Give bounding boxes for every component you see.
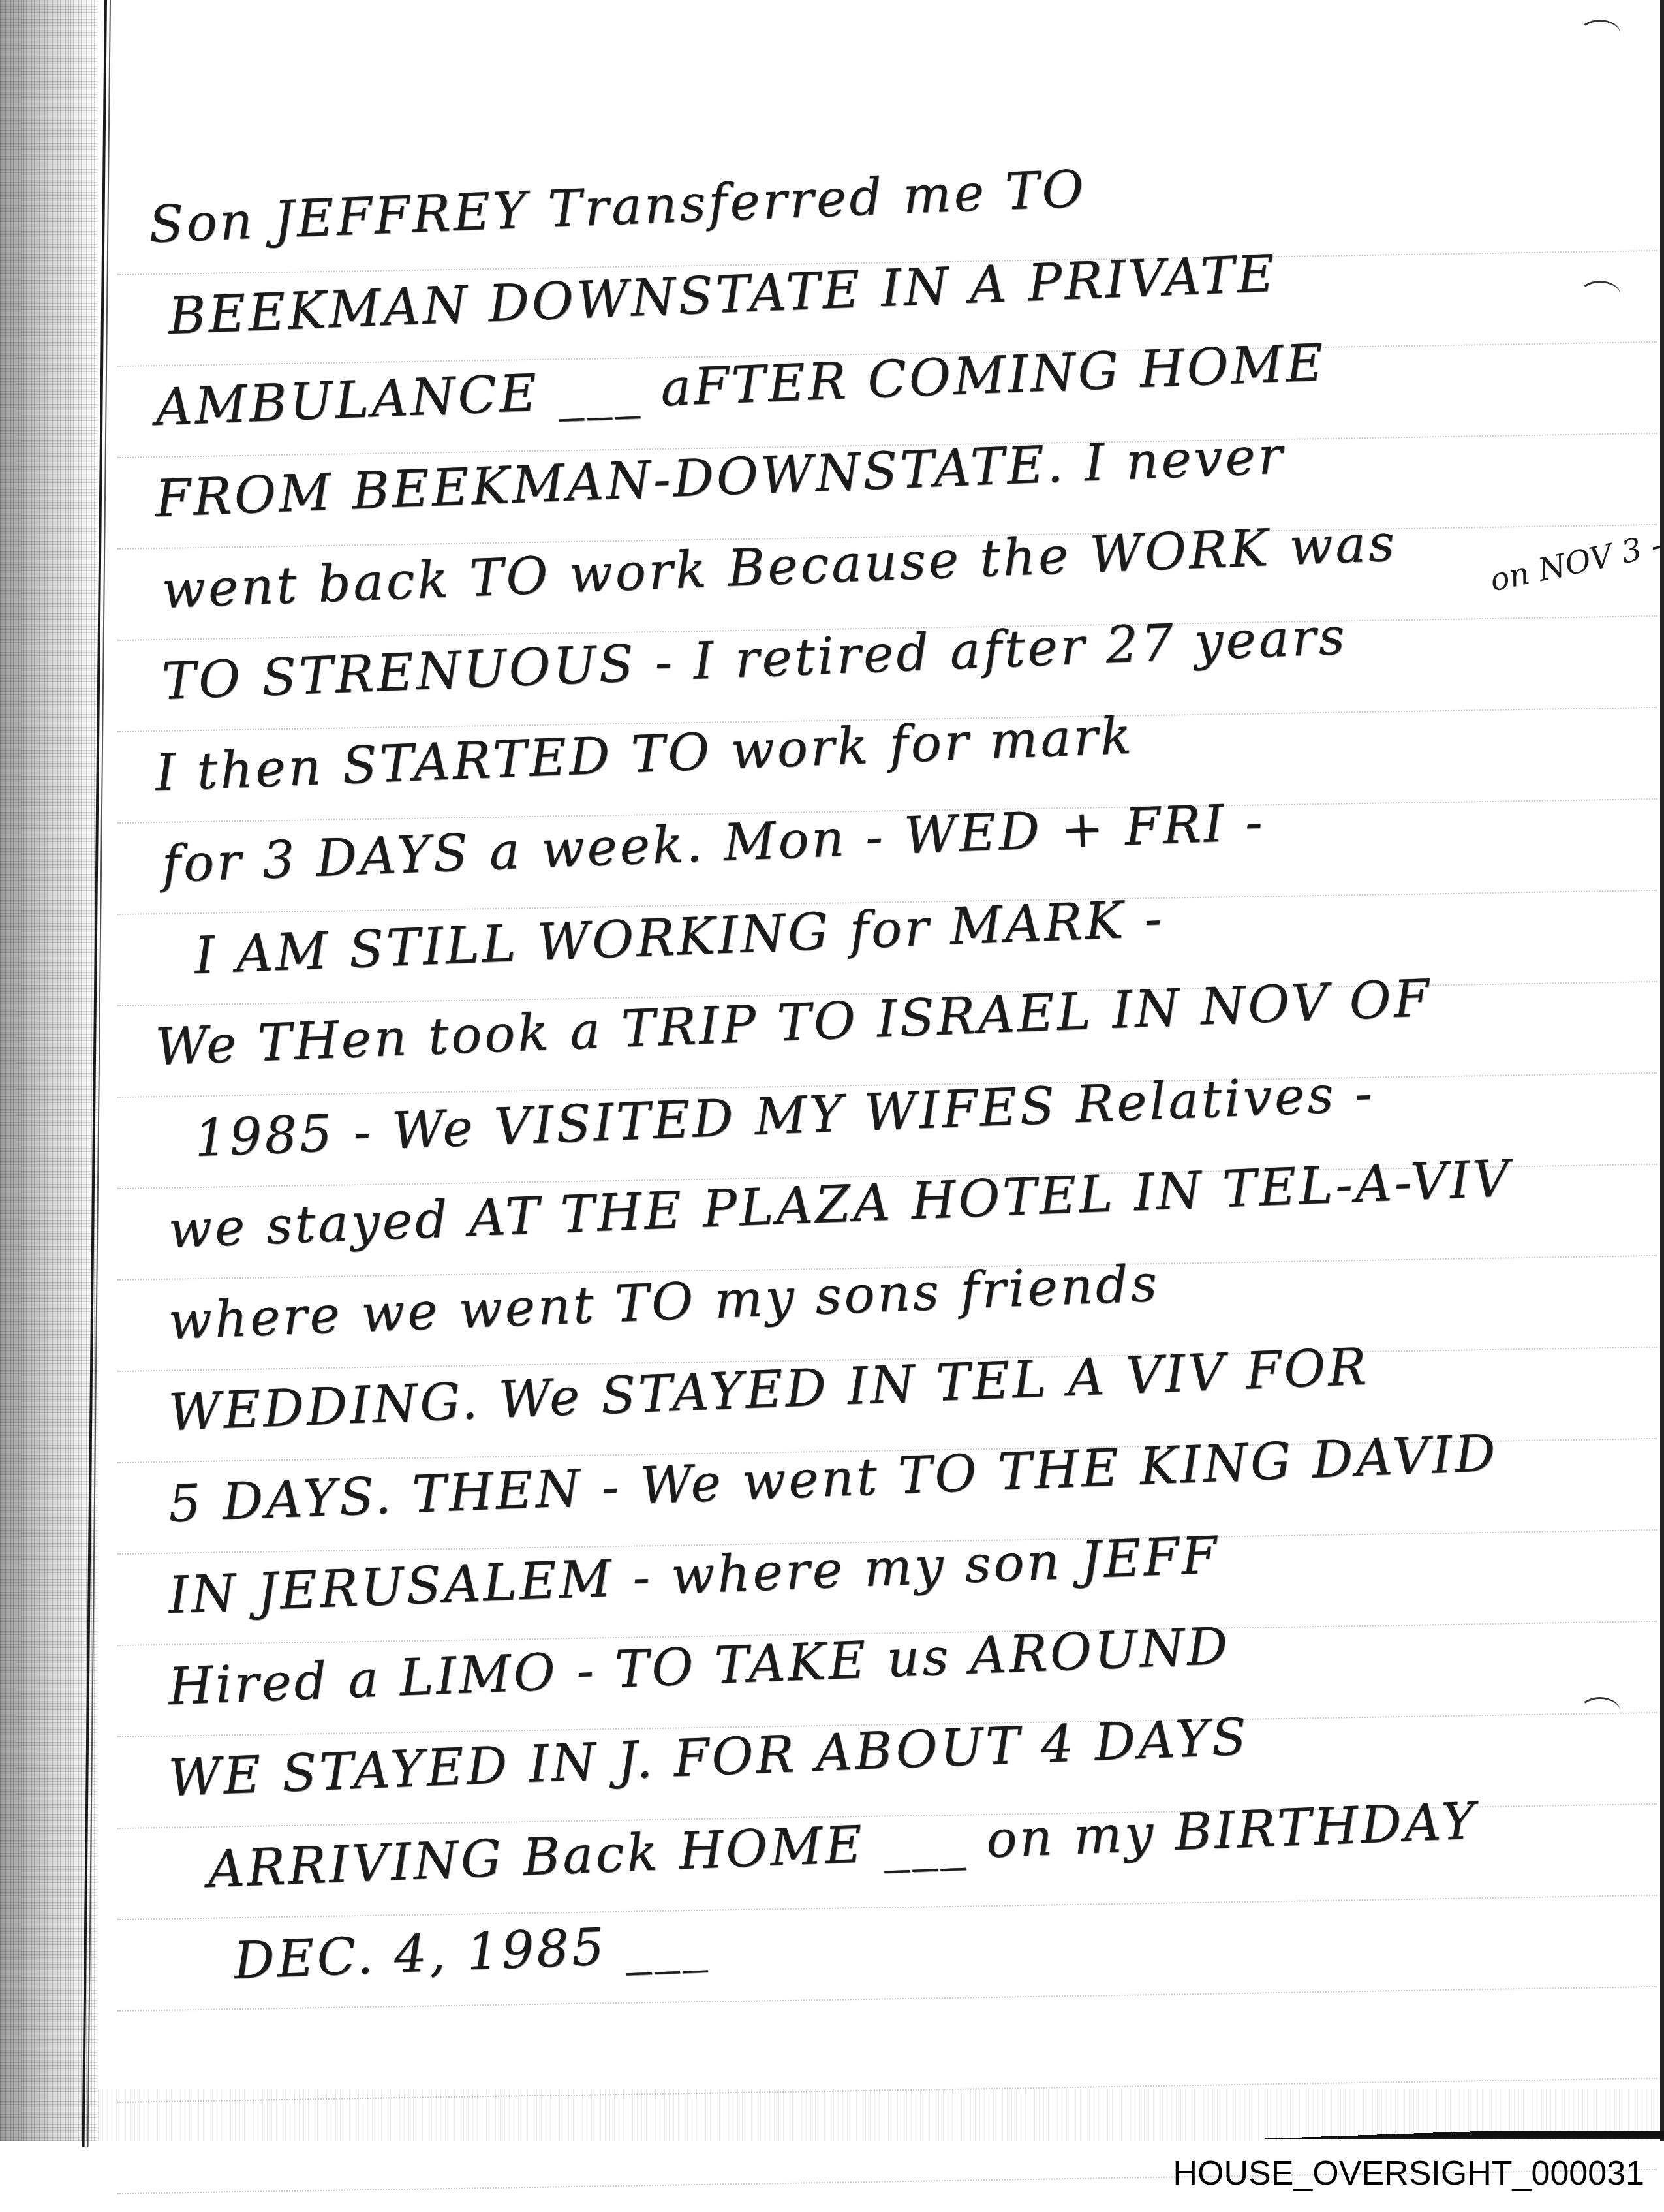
scan-mark — [1579, 281, 1620, 309]
handwritten-line: WE STAYED IN J. FOR ABOUT 4 DAYS — [168, 1707, 1250, 1808]
bates-number: HOUSE_OVERSIGHT_000031 — [1173, 2154, 1644, 2193]
handwritten-line: DEC. 4, 1985 ___ — [233, 1914, 711, 1991]
handwritten-line: ARRIVING Back HOME ___ on my BIRTHDAY — [207, 1792, 1479, 1899]
handwritten-line: AMBULANCE ___ aFTER COMING HOME — [155, 334, 1327, 437]
handwritten-line: Hired a LIMO - TO TAKE us AROUND — [168, 1617, 1232, 1717]
handwritten-line: 1985 - We VISITED MY WIFES Relatives - — [194, 1065, 1376, 1168]
handwritten-line: BEEKMAN DOWNSTATE IN A PRIVATE — [168, 245, 1278, 346]
handwritten-line: we stayed AT THE PLAZA HOTEL IN TEL-A-VI… — [168, 1149, 1513, 1260]
margin-annotation-retirement-date: on NOV 3 - 1983 — [1487, 508, 1664, 599]
handwritten-line: We THen took a TRIP TO ISRAEL IN NOV OF — [155, 969, 1433, 1077]
handwritten-line: FROM BEEKMAN-DOWNSTATE. I never — [155, 427, 1286, 529]
handwritten-line: I AM STILL WORKING for MARK - — [194, 890, 1165, 986]
handwritten-line: 5 DAYS. THEN - We went TO THE KING DAVID — [168, 1424, 1500, 1534]
scan-mark — [1579, 1697, 1620, 1725]
handwritten-line: TO STRENUOUS - I retired after 27 years — [161, 607, 1349, 711]
handwritten-line: IN JERUSALEM - where my son JEFF — [168, 1526, 1221, 1625]
scan-noise-left-margin — [0, 0, 98, 2141]
handwritten-line: I then STARTED TO work for mark — [155, 706, 1135, 803]
page-right-edge — [1660, 0, 1664, 2141]
ruled-line — [117, 1895, 1657, 1920]
handwritten-line: went back TO work Because the WORK was — [161, 514, 1398, 620]
handwritten-line: for 3 DAYS a week. Mon - WED + FRI - — [161, 793, 1267, 894]
handwritten-line: WEDDING. We STAYED IN TEL A VIV FOR — [168, 1337, 1370, 1442]
page-bottom-edge — [1207, 2131, 1664, 2139]
handwritten-line: where we went TO my sons friends — [168, 1254, 1161, 1351]
handwritten-line: Son JEFFREY Transferred me TO — [148, 160, 1088, 255]
ruled-line — [117, 1986, 1657, 2012]
scan-mark — [1579, 20, 1620, 48]
